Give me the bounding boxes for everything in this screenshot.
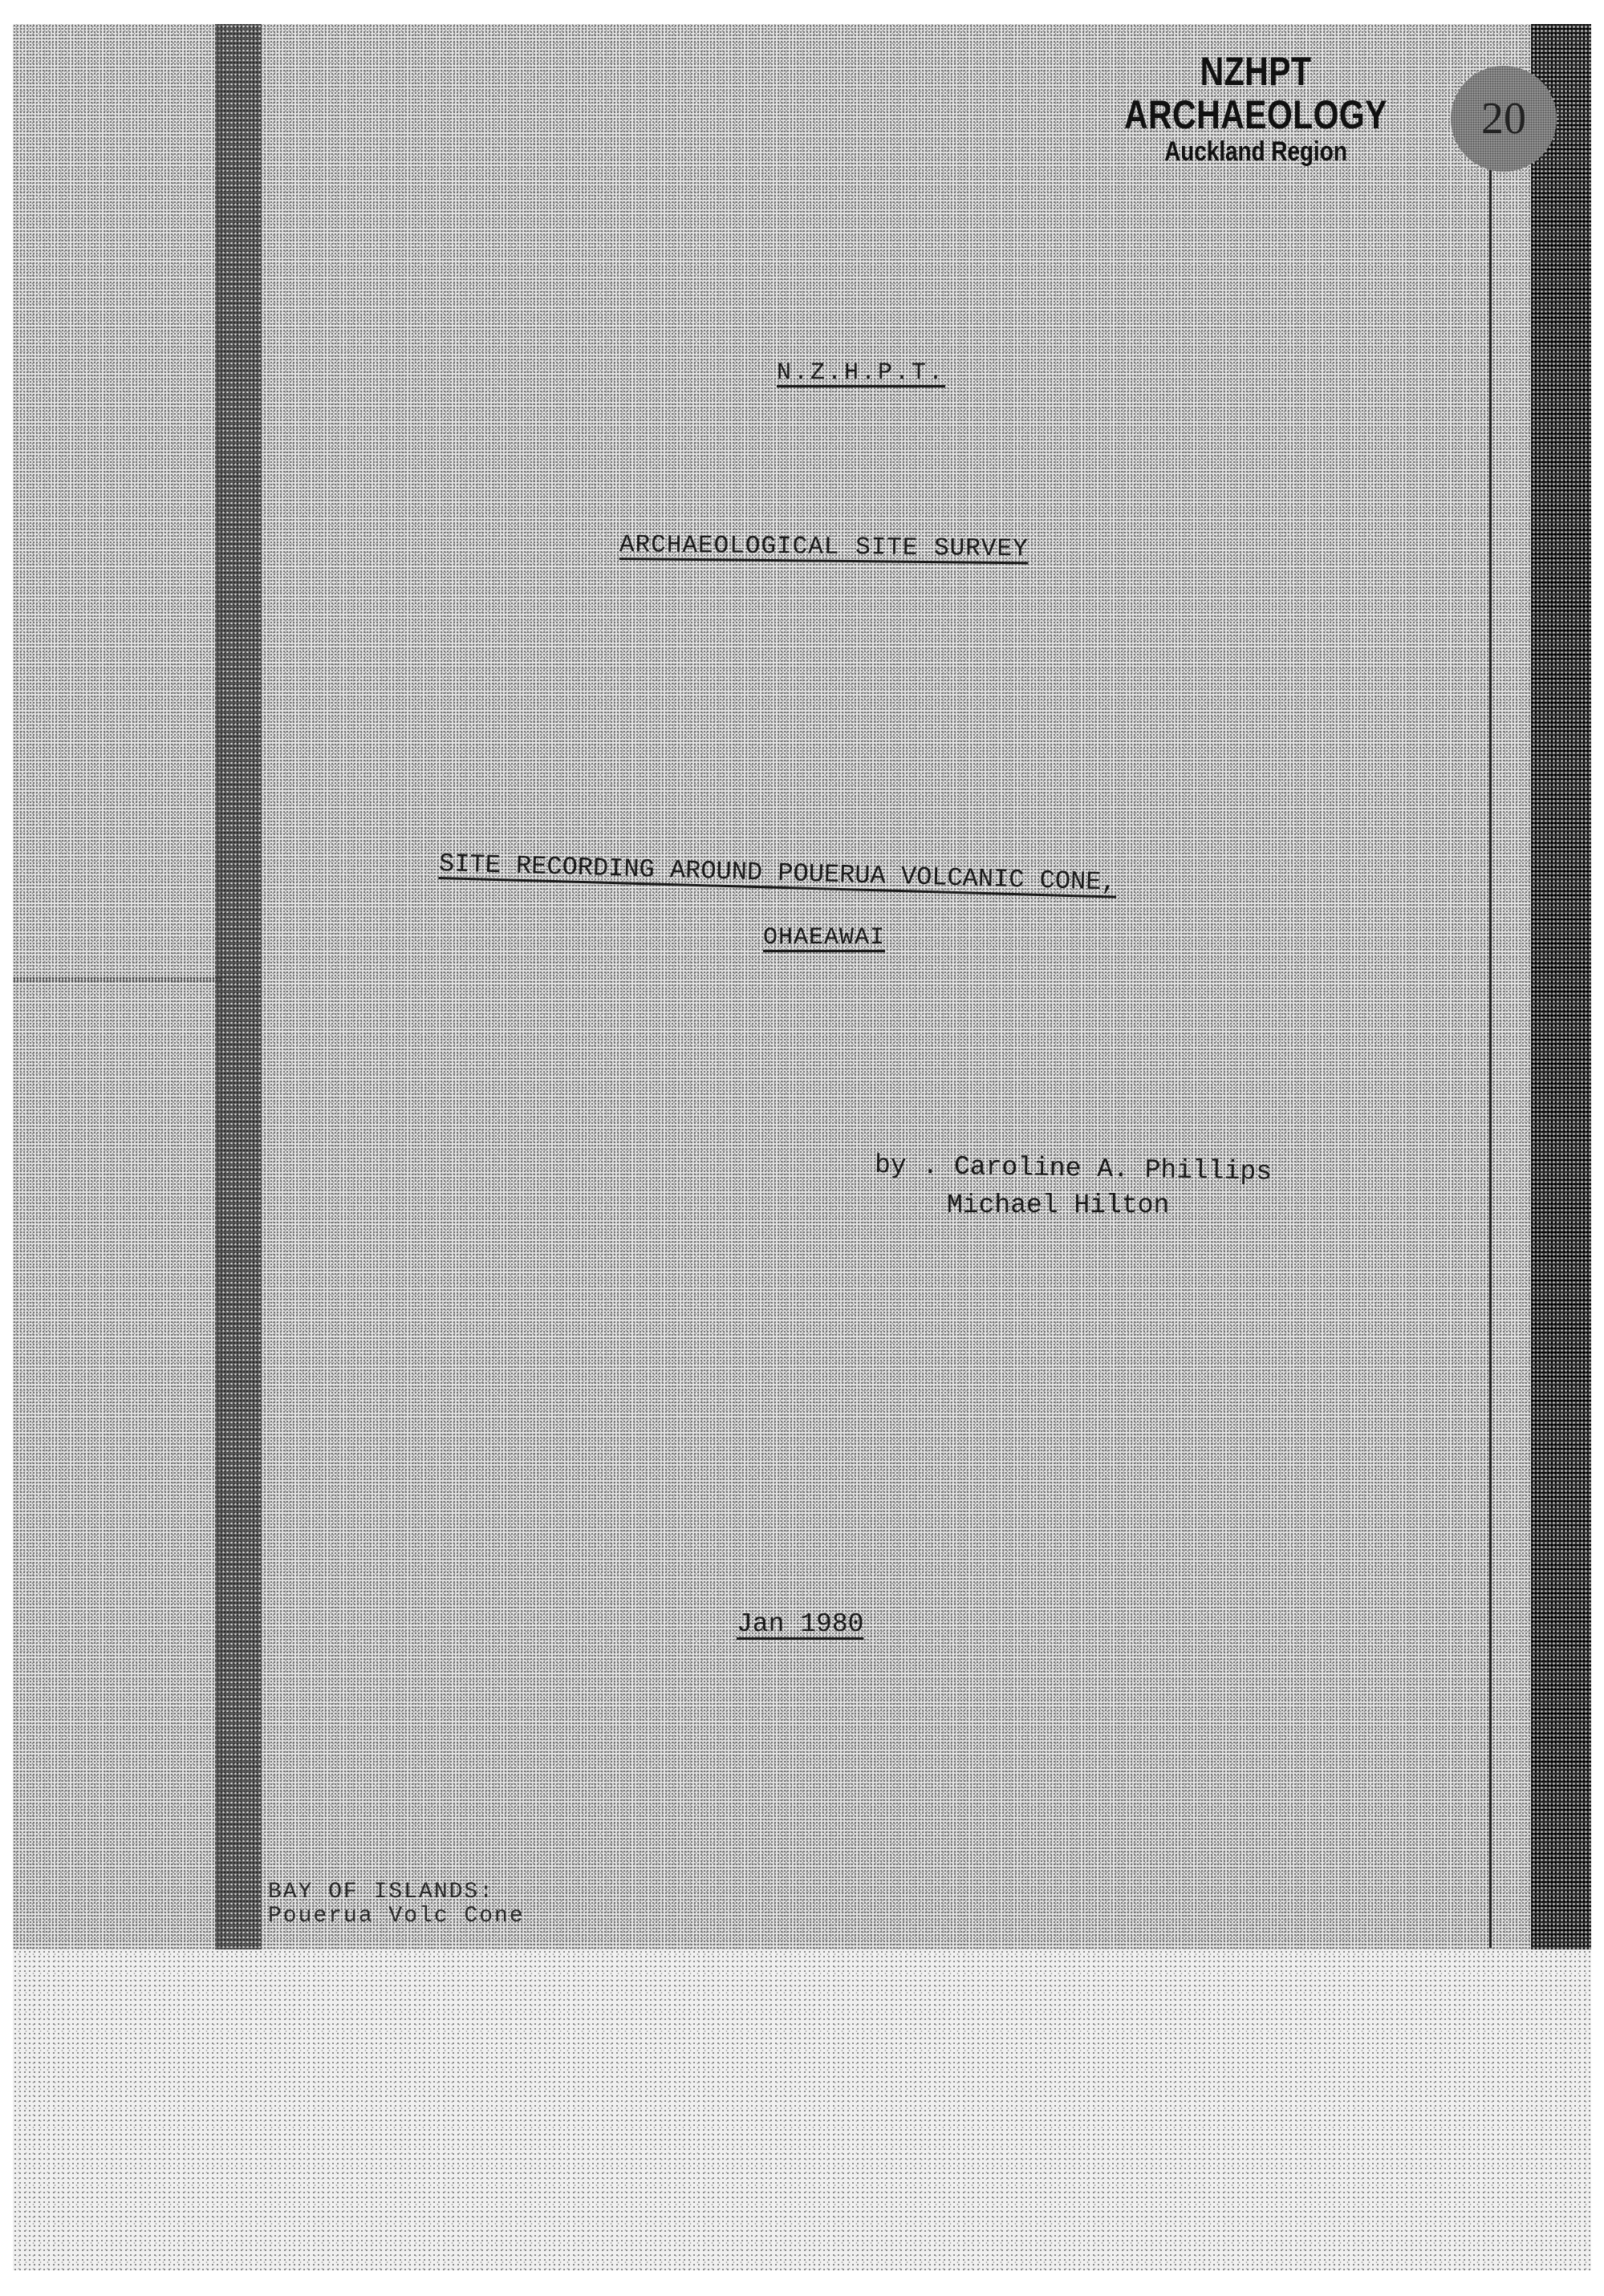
report-date: Jan 1980 [737,1609,863,1639]
catalog-line-1: BAY OF ISLANDS: [268,1880,525,1905]
archaeology-stamp: NZHPT ARCHAEOLOGY Auckland Region [1101,50,1410,167]
catalog-label: BAY OF ISLANDS:Pouerua Volc Cone [268,1880,525,1929]
page-number: 20 [1481,93,1526,144]
catalog-line-2: Pouerua Volc Cone [268,1905,525,1929]
author-1: Caroline A. Phillips [954,1152,1273,1187]
author-2: Michael Hilton [947,1191,1169,1220]
organization-heading: N.Z.H.P.T. [777,359,945,387]
series-title: ARCHAEOLOGICAL SITE SURVEY [619,531,1029,563]
byline-prefix: by . [875,1150,939,1181]
right-margin-rule [1489,128,1492,1948]
binding-strip [215,24,262,1949]
page-lower-area [13,1949,1591,2270]
right-dark-edge [1531,24,1591,1949]
report-location: OHAEAWAI [763,924,885,951]
stamp-region: Auckland Region [1101,136,1410,167]
fold-crease [13,977,221,982]
page-number-circle: 20 [1451,66,1557,172]
stamp-organization: NZHPT ARCHAEOLOGY [1101,50,1410,136]
